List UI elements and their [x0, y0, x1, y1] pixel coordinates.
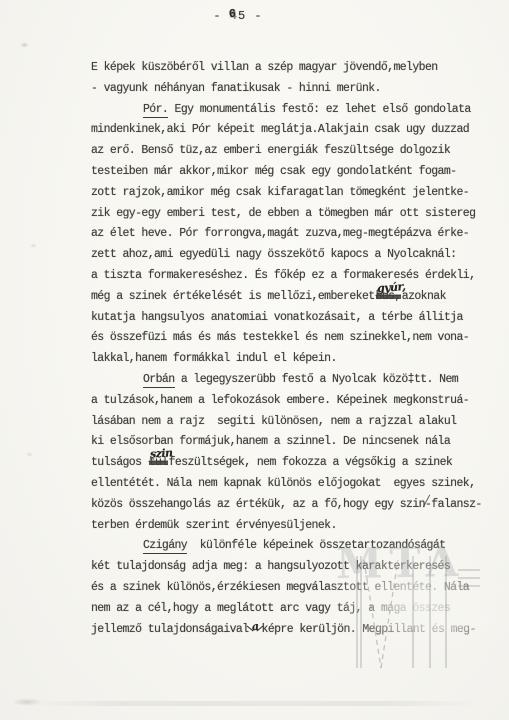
insertion-caret: a: [249, 626, 262, 640]
text-line: a tiszta formakereséshez. És főkép ez a …: [91, 266, 491, 287]
text-line: az erő. Benső tüz,az emberi energiák fes…: [91, 141, 491, 162]
correction-site: gyúr,bus,: [375, 290, 402, 303]
correction-site: szintul: [148, 456, 169, 469]
text-line: lásában nem a rajz segiti különösen, nem…: [91, 412, 491, 433]
scan-bottom-shading: [30, 701, 480, 706]
watermark-stamp-icon: [340, 540, 509, 675]
text-line-paragraph-start: Orbán a legegyszerübb festő a Nyolcak kö…: [91, 370, 491, 391]
text-line: testeiben már akkor,mikor még csak egy g…: [91, 162, 491, 183]
text-line: E képek küszöbéről villan a szép magyar …: [91, 58, 491, 79]
handwritten-insertion: a: [250, 617, 259, 638]
text-line: kutatja hangsulyos anatomiai vonatkozása…: [91, 308, 491, 329]
text-line: zott rajzok,amikor még csak kifaragatlan…: [91, 183, 491, 204]
text-line: a tulzások,hanem a lefokozások embere. K…: [91, 391, 491, 412]
document-page: - 465 - E képek küszöbéről villan a szép…: [0, 0, 509, 720]
text-line-paragraph-start: Pór. Egy monumentális festő: ez lehet el…: [91, 100, 491, 121]
text-line: zik egy-egy emberi test, de ebben a töme…: [91, 204, 491, 225]
text-line: az élet heve. Pór forrongva,magát zuzva,…: [91, 224, 491, 245]
text-line: mindenkinek,aki Pór képeit meglátja.Alak…: [91, 120, 491, 141]
text-line: terben érdemük szerint érvényesüljenek.: [91, 516, 491, 537]
scan-speck: [20, 42, 29, 48]
text-line-with-slash: közös összehangolás az értékük, az a fő,…: [91, 495, 491, 516]
page-number: - 465 -: [193, 9, 283, 23]
struck-out-word: bus,: [376, 290, 401, 303]
underlined-name-orban: Orbán: [143, 373, 175, 388]
page-number-post: 5 -: [238, 9, 263, 23]
slashed-hyphen: -: [425, 498, 431, 511]
scan-speck: [26, 452, 33, 457]
page-number-pre: -: [213, 9, 229, 23]
underlined-name-por: Pór.: [143, 103, 168, 118]
text-line-with-correction: tulságos szintulfeszültségek, nem fokozz…: [91, 453, 491, 474]
text-line: és összefüzi más és más testekkel és nem…: [91, 328, 491, 349]
text-line: ellentétét. Nála nem kapnak különös előj…: [91, 474, 491, 495]
scan-speck: [30, 243, 37, 248]
underlined-name-czigany: Czigány: [143, 539, 187, 554]
text-line: - vagyunk néhányan fanatikusak - hinni m…: [91, 79, 491, 100]
struck-out-word: tul: [149, 456, 168, 469]
text-line: zett ahoz,ami egyedüli nagy összekötő ka…: [91, 245, 491, 266]
text-line-with-correction: még a szinek értékelését is mellőzi,embe…: [91, 287, 491, 308]
overstruck-digit: 46: [230, 9, 238, 23]
text-line: lakkal,hanem formákkal indul el képein.: [91, 349, 491, 370]
